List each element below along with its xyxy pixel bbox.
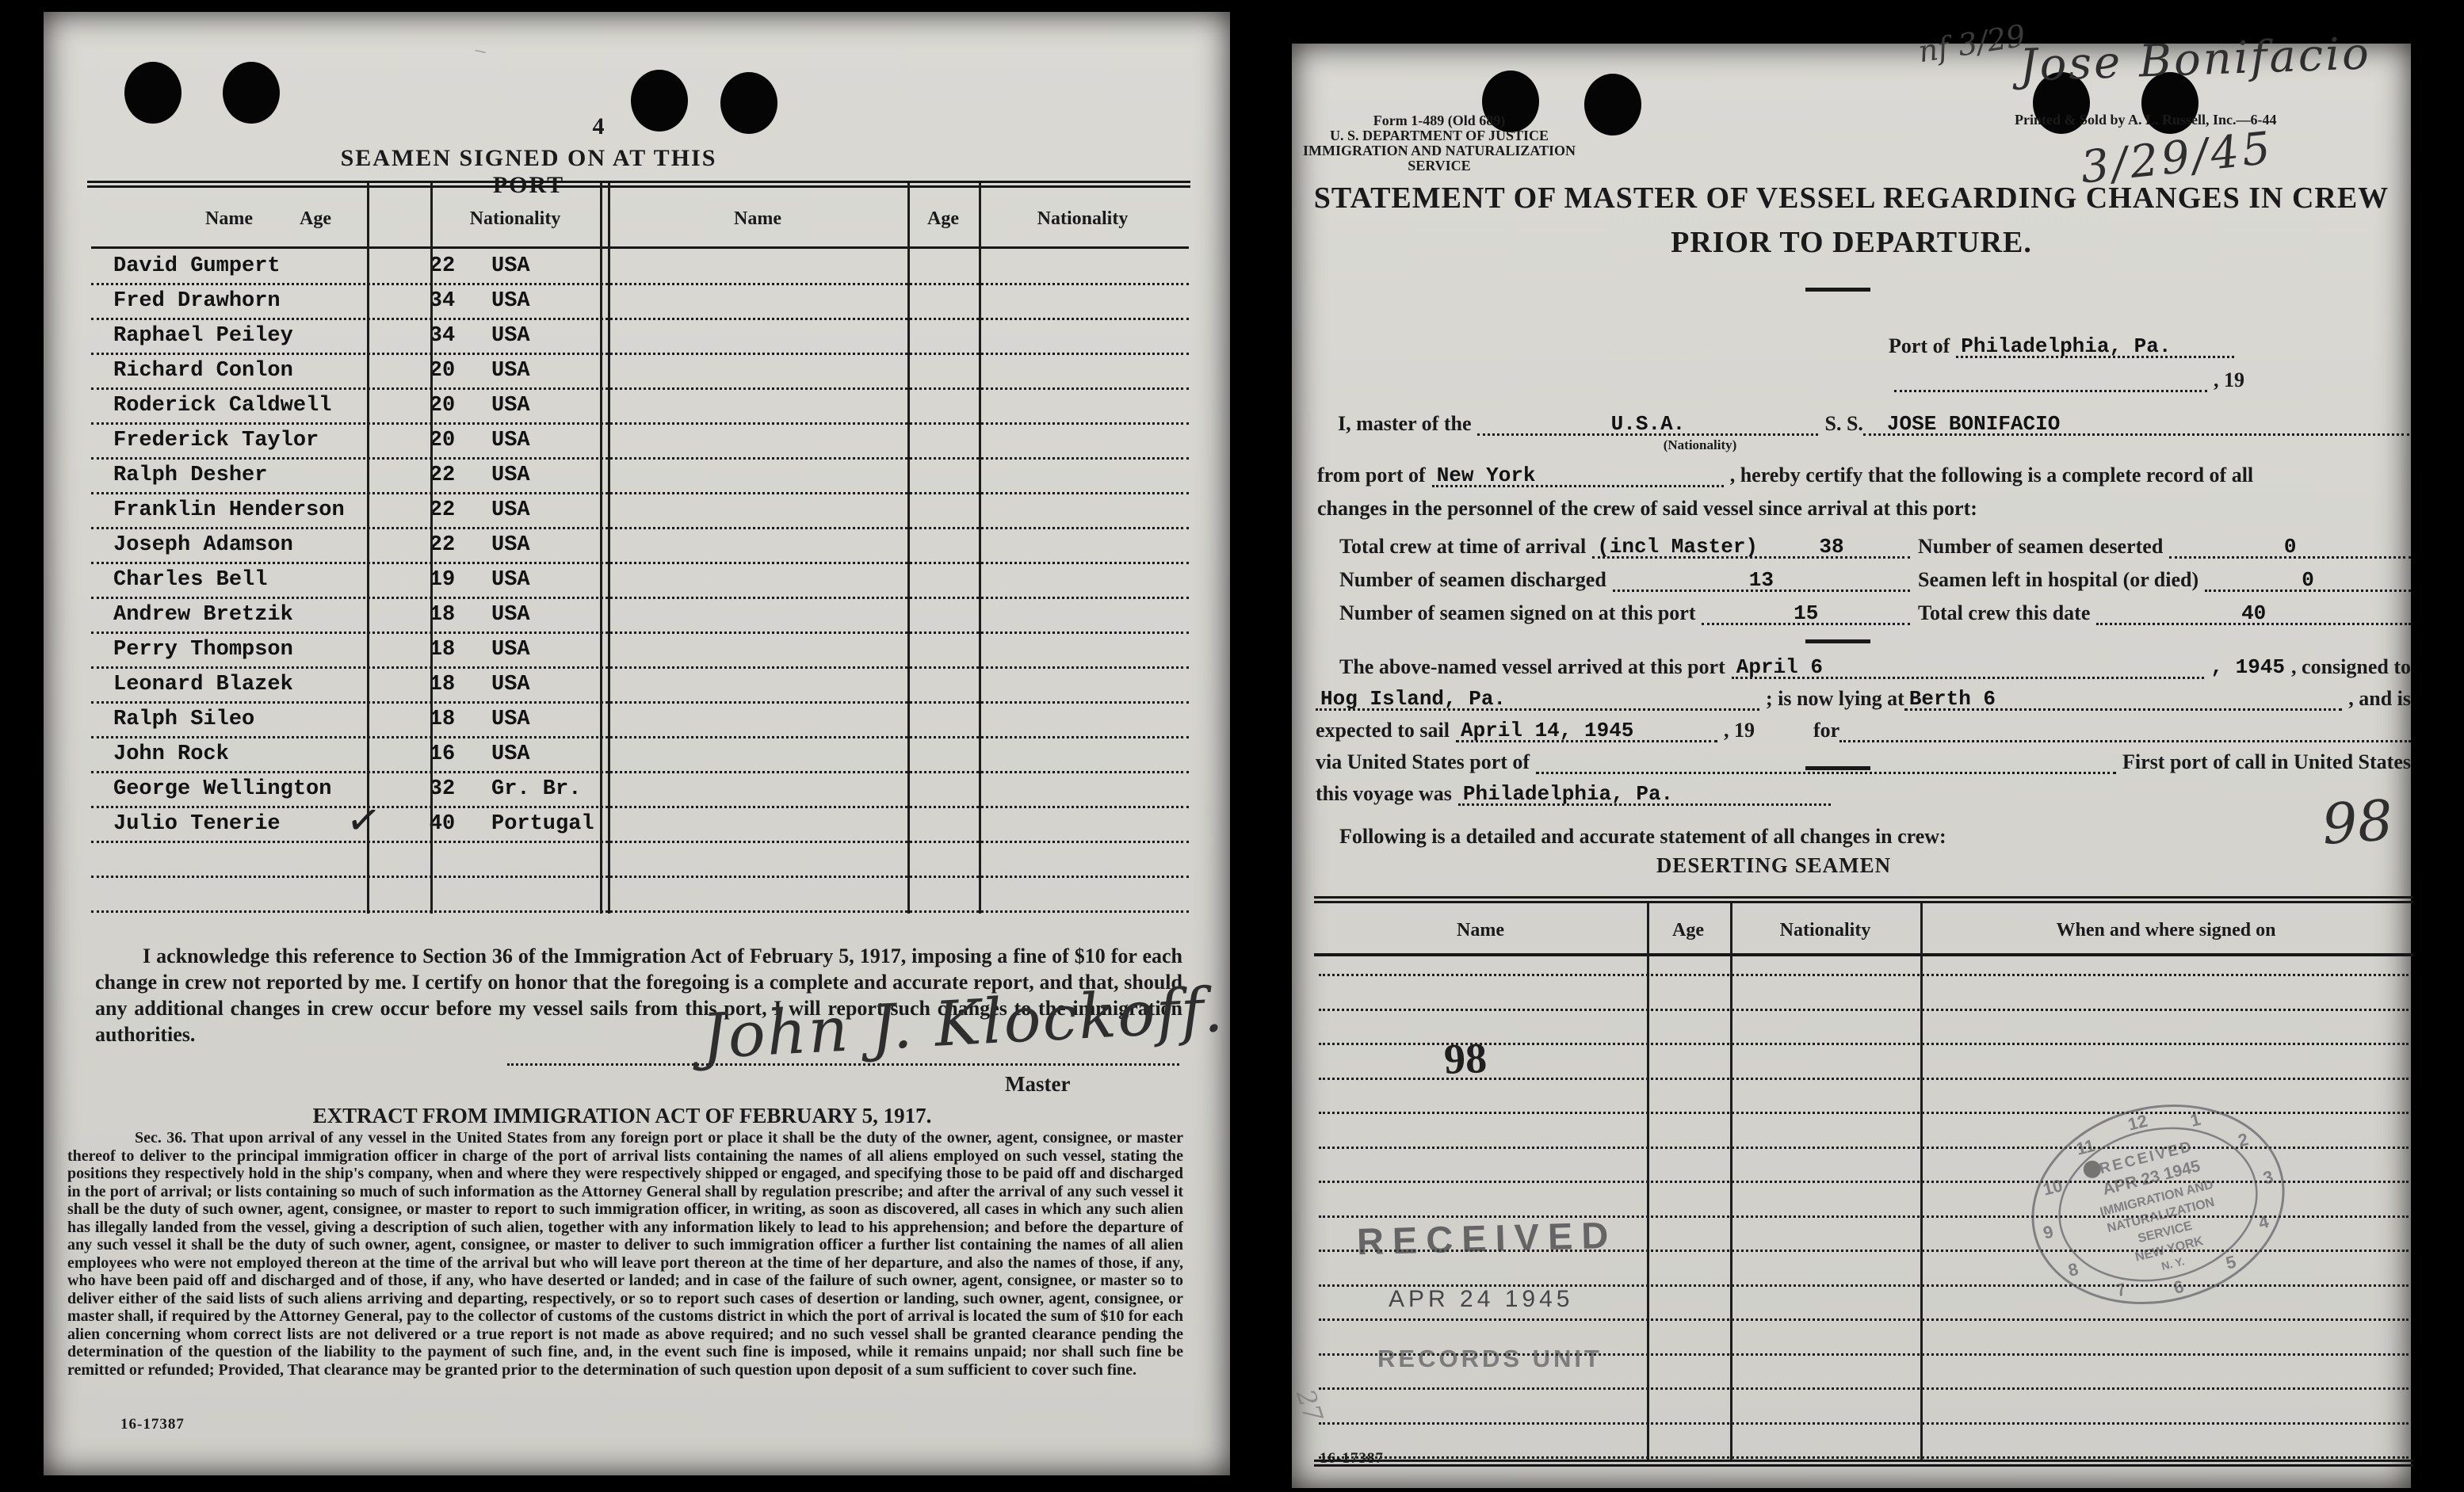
crew-name: John Rock (113, 742, 229, 766)
crew-name: Ralph Sileo (113, 708, 254, 731)
form-print-number: 16-17387 (120, 1416, 185, 1433)
arrival-text: expected to sail (1316, 719, 1456, 742)
crew-name: Andrew Bretzik (113, 603, 293, 627)
crew-nationality: Portugal (491, 812, 594, 836)
consignee-value: Hog Island, Pa. (1320, 687, 1506, 711)
crew-nationality: USA (491, 324, 530, 348)
crew-age: 22 (407, 533, 478, 557)
clock-number: 10 (2041, 1175, 2065, 1199)
arrival-line-1: The above-named vessel arrived at this p… (1339, 652, 2411, 679)
crew-name: Ralph Desher (113, 464, 267, 487)
divider-rule (1805, 639, 1870, 643)
table-row (91, 843, 1189, 878)
records-unit-stamp: RECORDS UNIT (1377, 1345, 1603, 1373)
arrival-text: The above-named vessel arrived at this p… (1339, 655, 1732, 679)
crew-nationality: USA (491, 254, 530, 278)
arrival-text: this voyage was (1316, 782, 1458, 806)
stat-discharged: Number of seamen discharged 13 (1339, 565, 1910, 592)
header-underline (1314, 953, 2413, 956)
crew-age: 18 (407, 673, 478, 696)
crew-name: Joseph Adamson (113, 533, 293, 557)
hole-punch (124, 62, 181, 124)
arrival-text: , 19 (1717, 719, 1755, 742)
column-header-age: Age (300, 208, 331, 230)
section-title: SEAMEN SIGNED ON AT THIS PORT (307, 145, 751, 199)
crew-nationality: USA (491, 708, 530, 731)
section-36-paragraph: Sec. 36. That upon arrival of any vessel… (67, 1129, 1183, 1379)
crew-age: 22 (407, 498, 478, 522)
column-header-age-2: Age (927, 208, 959, 230)
table-row: George Wellington32Gr. Br. (91, 773, 1189, 808)
table-row (1319, 1009, 2409, 1011)
table-row: Charles Bell19USA (91, 564, 1189, 599)
table-vline (1920, 903, 1923, 1460)
divider-rule (1805, 766, 1870, 770)
column-header-nationality-2: Nationality (1037, 208, 1129, 230)
right-page: Form 1-489 (Old 689) U. S. DEPARTMENT OF… (1292, 44, 2411, 1488)
clock-number: 9 (2041, 1221, 2055, 1242)
table-row: Ralph Desher22USA (91, 460, 1189, 494)
nationality-caption: (Nationality) (1664, 437, 1737, 453)
crew-name: Perry Thompson (113, 638, 293, 662)
table-row (1319, 1318, 2409, 1321)
crew-name: Charles Bell (113, 568, 267, 592)
stat-hospital: Seamen left in hospital (or died) 0 (1918, 565, 2411, 592)
crew-name: Leonard Blazek (113, 673, 293, 696)
form-title-line1: STATEMENT OF MASTER OF VESSEL REGARDING … (1292, 181, 2411, 216)
table-top-rule (87, 181, 1190, 188)
crew-nationality: USA (491, 603, 530, 627)
table-row: David Gumpert22USA (91, 250, 1189, 285)
extract-heading: EXTRACT FROM IMMIGRATION ACT OF FEBRUARY… (67, 1104, 1177, 1128)
crew-age: 20 (407, 359, 478, 383)
following-line: Following is a detailed and accurate sta… (1339, 825, 1946, 849)
crew-age: 16 (407, 742, 478, 766)
hole-punch (223, 62, 280, 124)
table-vline (608, 183, 610, 914)
from-port-suffix: , hereby certify that the following is a… (1724, 464, 2253, 487)
column-header-name: Name (1457, 920, 1504, 941)
date-line: , 19 (1894, 361, 2244, 392)
table-row: Roderick Caldwell20USA (91, 390, 1189, 425)
stat-label: Number of seamen deserted (1918, 535, 2169, 559)
crew-name: Julio Tenerie (113, 812, 281, 836)
crew-name: Roderick Caldwell (113, 394, 331, 418)
hole-punch (1584, 74, 1641, 135)
voyage-port-value: Philadelphia, Pa. (1463, 782, 1673, 806)
stat-label: Seamen left in hospital (or died) (1918, 568, 2205, 592)
crew-age: 34 (407, 324, 478, 348)
table-row: Richard Conlon20USA (91, 355, 1189, 390)
crew-nationality: USA (491, 533, 530, 557)
arrival-text: ; is now lying at (1759, 687, 1904, 711)
crew-nationality: USA (491, 289, 530, 313)
table-top-rule (1314, 896, 2413, 903)
crew-age: 20 (407, 429, 478, 452)
table-vline (1647, 903, 1649, 1460)
stat-total-date: Total crew this date 40 (1918, 598, 2411, 625)
handwritten-vessel-name: Jose Bonifacio (2019, 28, 2372, 91)
crew-nationality: USA (491, 359, 530, 383)
table-vline (430, 183, 433, 914)
crew-nationality: USA (491, 394, 530, 418)
stat-label: Number of seamen discharged (1339, 568, 1613, 592)
department-line: U. S. DEPARTMENT OF JUSTICE (1293, 128, 1585, 143)
crew-nationality: USA (491, 742, 530, 766)
column-header-name-2: Name (734, 208, 781, 230)
form-id-block: Form 1-489 (Old 689) U. S. DEPARTMENT OF… (1293, 113, 1585, 174)
crew-nationality: USA (491, 673, 530, 696)
crew-age: 20 (407, 394, 478, 418)
stat-value: 38 (1758, 535, 1905, 559)
crew-age: 22 (407, 254, 478, 278)
handwritten-page-number: 98 (2320, 788, 2395, 857)
master-prefix: I, master of the (1338, 412, 1477, 436)
stat-deserted: Number of seamen deserted 0 (1918, 532, 2411, 559)
crew-nationality: USA (491, 498, 530, 522)
arrival-year: , 1945 (2204, 655, 2285, 679)
table-row: Frederick Taylor20USA (91, 425, 1189, 460)
signature-role-label: Master (1005, 1072, 1070, 1097)
stat-value: 13 (1749, 568, 1774, 592)
clock-number: 6 (2172, 1276, 2186, 1298)
table-row: Andrew Bretzik18USA (91, 599, 1189, 634)
table-vline (907, 183, 910, 914)
stat-value: 0 (2302, 568, 2314, 592)
crew-table-rows: David Gumpert22USAFred Drawhorn34USARaph… (91, 250, 1189, 913)
form-print-number: 16-17387 (1320, 1450, 1384, 1467)
date-suffix: , 19 (2207, 368, 2244, 392)
column-header-age: Age (1672, 920, 1704, 941)
clock-number: 1 (2188, 1109, 2202, 1131)
port-label: Port of (1889, 334, 1956, 358)
arrival-line-3: expected to sail April 14, 1945 , 19 for (1316, 715, 2411, 742)
from-port-label: from port of (1317, 464, 1432, 487)
crew-age: 18 (407, 603, 478, 627)
stat-note: (incl Master) (1597, 535, 1758, 559)
check-mark-icon: ✓ (343, 795, 384, 846)
table-bottom-rule (1314, 1460, 2413, 1467)
crew-name: Franklin Henderson (113, 498, 345, 522)
table-row: Perry Thompson18USA (91, 634, 1189, 669)
crew-age: 40 (407, 812, 478, 836)
table-row (91, 878, 1189, 913)
stat-value: 40 (2241, 601, 2266, 625)
table-row (1319, 974, 2409, 976)
arrival-date: April 6 (1736, 655, 1823, 679)
crew-nationality: USA (491, 638, 530, 662)
column-header-name: Name (205, 208, 253, 230)
clock-number: 5 (2224, 1252, 2238, 1273)
table-vline (600, 183, 602, 914)
hole-punch (631, 70, 688, 132)
master-line: I, master of the U.S.A. S. S. JOSE BONIF… (1338, 404, 2409, 436)
arrival-text: , consigned to (2285, 655, 2411, 679)
stat-label: Total crew this date (1918, 601, 2096, 625)
table-row: Raphael Peiley34USA (91, 320, 1189, 355)
table-vline (979, 183, 981, 914)
table-row: Julio Tenerie40Portugal✓ (91, 808, 1189, 843)
handwritten-corner-note: nf 3/29 (1916, 18, 2027, 70)
changes-line: changes in the personnel of the crew of … (1317, 497, 1977, 521)
header-underline (91, 246, 1189, 249)
crew-age: 34 (407, 289, 478, 313)
clock-number: 8 (2066, 1259, 2080, 1280)
ss-label: S. S. (1818, 412, 1862, 436)
hole-punch (720, 72, 777, 134)
table-row: Joseph Adamson22USA (91, 529, 1189, 564)
crew-name: Raphael Peiley (113, 324, 293, 348)
crew-nationality: USA (491, 429, 530, 452)
arrival-line-2: Hog Island, Pa. ; is now lying at Berth … (1316, 684, 2411, 711)
crew-name: David Gumpert (113, 254, 281, 278)
crew-age: 19 (407, 568, 478, 592)
clock-number: 4 (2256, 1212, 2271, 1233)
stat-value: 15 (1794, 601, 1818, 625)
crew-age: 22 (407, 464, 478, 487)
arrival-line-5: this voyage was Philadelphia, Pa. (1316, 779, 1950, 806)
deserting-title: DESERTING SEAMEN (1314, 853, 2233, 878)
crew-name: George Wellington (113, 777, 331, 801)
table-vline (367, 183, 369, 914)
arrival-text: via United States port of (1316, 750, 1536, 774)
stat-label: Number of seamen signed on at this port (1339, 601, 1702, 625)
arrival-text: First port of call in United States (2116, 750, 2411, 774)
sail-date-value: April 14, 1945 (1461, 719, 1633, 742)
crew-age: 18 (407, 708, 478, 731)
arrival-text: for (1807, 719, 1839, 742)
crew-name: Richard Conlon (113, 359, 293, 383)
left-page: ‒ 4 SEAMEN SIGNED ON AT THIS PORT Name A… (44, 12, 1230, 1475)
column-header-nationality: Nationality (470, 208, 561, 230)
form-number-line: Form 1-489 (Old 689) (1293, 113, 1585, 128)
stat-signed-on: Number of seamen signed on at this port … (1339, 598, 1910, 625)
form-title-line2: PRIOR TO DEPARTURE. (1292, 225, 2411, 260)
clock-number: 3 (2261, 1166, 2275, 1188)
table-row: Ralph Sileo18USA (91, 704, 1189, 738)
table-row (1319, 1456, 2409, 1459)
port-line: Port of Philadelphia, Pa. (1889, 325, 2234, 358)
port-value: Philadelphia, Pa. (1961, 334, 2171, 358)
crew-nationality: USA (491, 568, 530, 592)
column-header-signed-on: When and where signed on (2057, 920, 2276, 941)
crew-nationality: USA (491, 464, 530, 487)
page-number: 4 (567, 113, 630, 140)
pencil-dash: ‒ (473, 37, 488, 63)
crew-age: 18 (407, 638, 478, 662)
crew-name: Frederick Taylor (113, 429, 319, 452)
table-row: Franklin Henderson22USA (91, 494, 1189, 529)
stat-total-arrival: Total crew at time of arrival (incl Mast… (1339, 532, 1910, 559)
table-row (1319, 1422, 2409, 1425)
from-port-line: from port of New York , hereby certify t… (1317, 456, 2409, 487)
vessel-nationality-value: U.S.A. (1611, 412, 1686, 436)
received-stamp: RECEIVED (1356, 1213, 1618, 1264)
table-row: John Rock16USA (91, 738, 1189, 773)
table-vline (1730, 903, 1732, 1460)
arrival-text: , and is (2342, 687, 2411, 711)
vessel-name-value: JOSE BONIFACIO (1868, 412, 2060, 436)
from-port-value: New York (1437, 464, 1536, 487)
table-row: Leonard Blazek18USA (91, 669, 1189, 704)
service-line: IMMIGRATION AND NATURALIZATION SERVICE (1293, 143, 1585, 174)
divider-rule (1805, 288, 1870, 292)
crew-nationality: Gr. Br. (491, 777, 581, 801)
stat-label: Total crew at time of arrival (1339, 535, 1592, 559)
column-header-nationality: Nationality (1780, 920, 1871, 941)
crew-name: Fred Drawhorn (113, 289, 281, 313)
clock-number: 7 (2114, 1279, 2128, 1300)
stamped-number: 98 (1443, 1033, 1488, 1084)
table-row: Fred Drawhorn34USA (91, 285, 1189, 320)
crew-age: 32 (407, 777, 478, 801)
clock-number: 2 (2236, 1129, 2250, 1150)
berth-value: Berth 6 (1909, 687, 1996, 711)
date-received-stamp: APR 24 1945 (1389, 1286, 1573, 1313)
table-row (1319, 1387, 2409, 1390)
stat-value: 0 (2284, 535, 2297, 559)
